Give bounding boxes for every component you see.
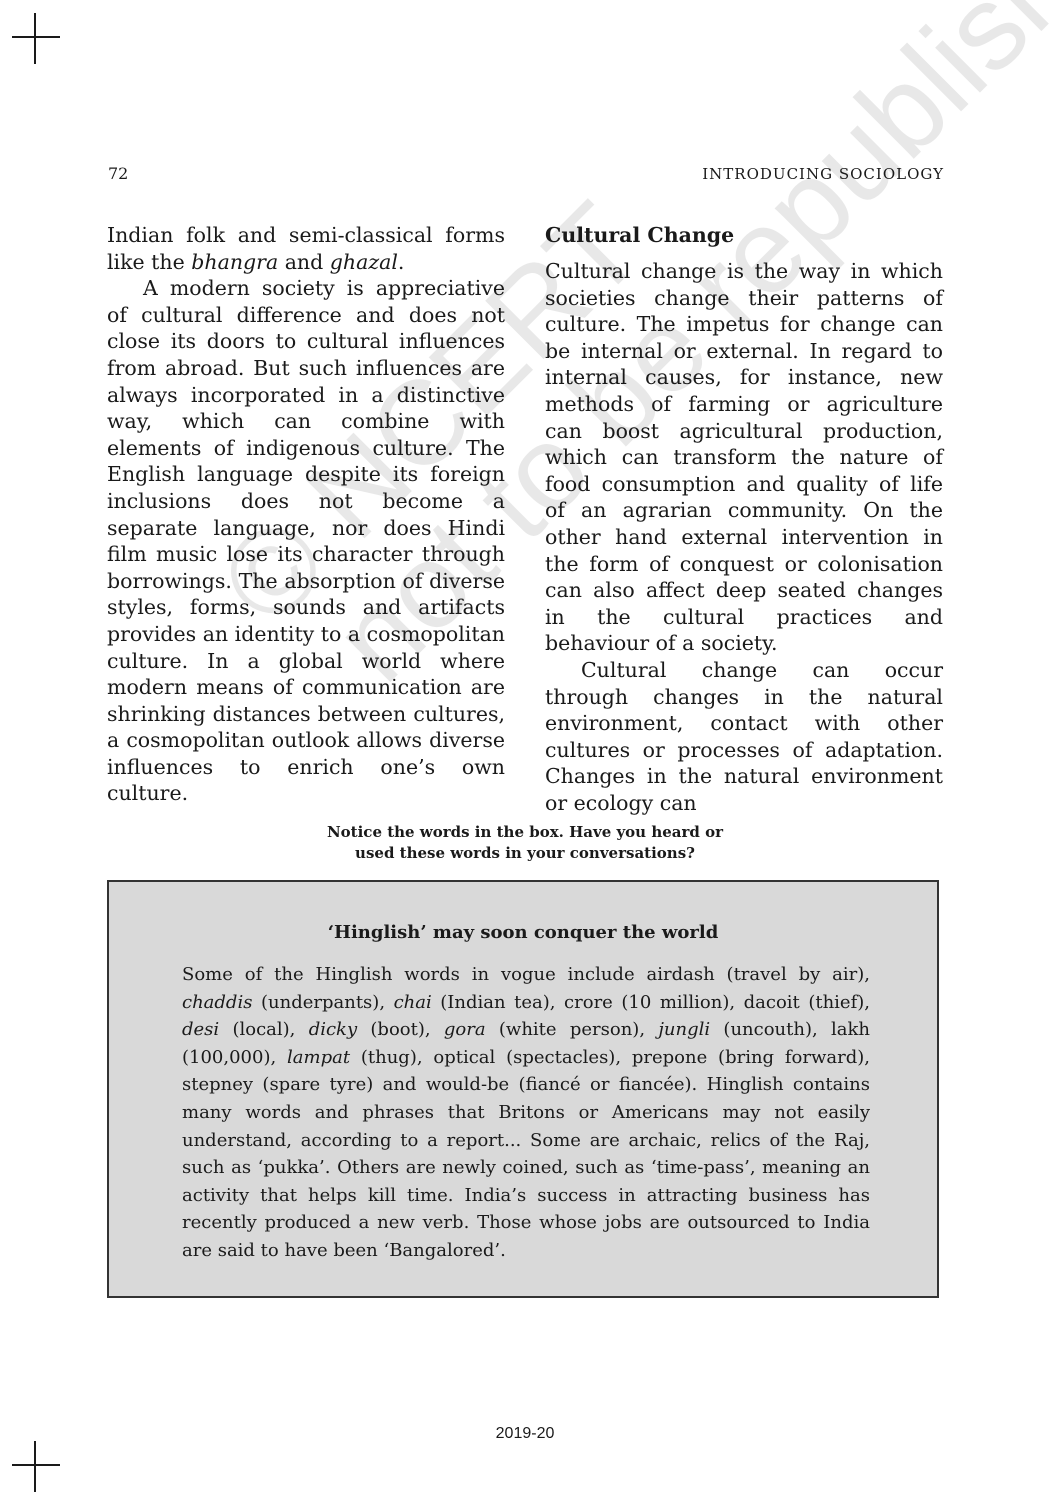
hinglish-term: gora xyxy=(444,1019,486,1040)
paragraph-cultural-change-causes: Cultural change can occur through change… xyxy=(545,657,943,817)
crop-mark-bottom-left-h xyxy=(12,1464,60,1466)
crop-mark-top-left-v xyxy=(34,13,36,64)
box-text-run: (boot), xyxy=(357,1019,444,1040)
box-text-run: (local), xyxy=(219,1019,309,1040)
footer-year: 2019-20 xyxy=(0,1425,1050,1443)
paragraph-modern-society: A modern society is appreciative of cult… xyxy=(107,275,505,807)
activity-prompt-line-2: used these words in your conversations? xyxy=(0,843,1050,864)
crop-mark-top-left-h xyxy=(12,36,60,38)
hinglish-box: ‘Hinglish’ may soon conquer the world So… xyxy=(107,880,939,1298)
crop-mark-bottom-left-v xyxy=(34,1441,36,1492)
paragraph-cultural-change-definition: Cultural change is the way in which soci… xyxy=(545,258,943,657)
running-head: INTRODUCING SOCIOLOGY xyxy=(702,165,944,183)
activity-prompt: Notice the words in the box. Have you he… xyxy=(0,822,1050,864)
hinglish-term: dicky xyxy=(309,1019,357,1040)
term-ghazal: ghazal xyxy=(330,250,398,274)
hinglish-term: chaddis xyxy=(182,992,252,1013)
hinglish-term: desi xyxy=(182,1019,219,1040)
box-text-run: Some of the Hinglish words in vogue incl… xyxy=(182,964,870,985)
box-paragraph: Some of the Hinglish words in vogue incl… xyxy=(182,961,870,1265)
box-text-run: (white person), xyxy=(486,1019,659,1040)
box-body: Some of the Hinglish words in vogue incl… xyxy=(182,961,870,1265)
hinglish-term: jungli xyxy=(658,1019,710,1040)
left-column: Indian folk and semi-classical forms lik… xyxy=(107,222,505,807)
box-text-run: (underpants), xyxy=(252,992,393,1013)
hinglish-term: chai xyxy=(394,992,432,1013)
right-column: Cultural Change Cultural change is the w… xyxy=(545,222,943,816)
box-text-run: (thug), optical (spectacles), prepone (b… xyxy=(182,1047,870,1261)
box-text-run: (Indian tea), crore (10 million), dacoit… xyxy=(432,992,870,1013)
activity-prompt-line-1: Notice the words in the box. Have you he… xyxy=(0,822,1050,843)
section-title: Cultural Change xyxy=(545,222,943,248)
paragraph-continued: Indian folk and semi-classical forms lik… xyxy=(107,222,505,275)
hinglish-term: lampat xyxy=(287,1047,350,1068)
term-bhangra: bhangra xyxy=(191,250,278,274)
page-number: 72 xyxy=(108,164,128,183)
box-title: ‘Hinglish’ may soon conquer the world xyxy=(109,922,937,943)
